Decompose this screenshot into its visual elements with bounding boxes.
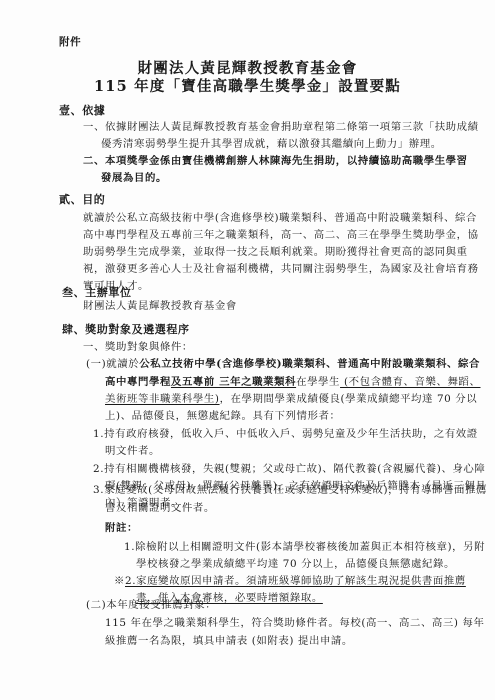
section-4-sub1-heading: 一、獎助對象與條件： [83, 341, 193, 354]
condition-1-line3: 美術班等非職業科學生)，在學期間學業成績優良(學業成績總平均達 70 分以 [105, 393, 477, 406]
condition-1-line4: 上)、品德優良，無懲處紀錄。具有下列情形者： [105, 410, 340, 423]
section-3-body: 財團法人黃昆輝教授教育基金會 [83, 300, 237, 313]
document-title-line2: 115 年度「寶佳高職學生獎學金」設置要點 [0, 78, 495, 96]
annex-label: 附件 [59, 36, 81, 49]
condition-1-bold-segment: 高中專門學程 [105, 376, 171, 388]
condition-2-heading: (二)本年度接受推薦對象： [86, 599, 216, 612]
condition-1-underlined-exclusion: 美術班等非職業科學生) [105, 393, 220, 405]
section-2-line: 視，激發更多善心人士及社會福利機構，共同關注弱勢學生，為國家及社會培育務 [83, 263, 479, 276]
reference-mark-icon: ※ [114, 575, 125, 587]
note-1-line1: 1.除檢附以上相關證明文件(影本請學校審核後加蓋與正本相符核章)，另附 [124, 541, 485, 554]
section-2-line: 就讀於公私立高級技術中學(含進修學校)職業類科、普通高中附設職業類科、綜合 [83, 212, 477, 225]
condition-1-bold-underlined: 及五專前 三年之職業類科 [171, 376, 296, 388]
criteria-item-1-line1: 1.持有政府核發，低收入戶、中低收入戶、弱勢兒童及少年生活扶助，之有效證 [93, 428, 478, 441]
condition-1-underlined: (不包含體育、音樂、舞蹈、 [340, 376, 480, 388]
note-2-text: 2.家庭變故原因申請者。須請班級導師協助了解該生現況提供書面推薦 [125, 575, 466, 587]
condition-2-line2: 級推薦一名為限，填具申請表 (如附表) 提出申請。 [105, 635, 353, 648]
note-1-line2: 學校核發之學業成績總平均達 70 分以上，品德優良無懲處紀錄。 [136, 558, 455, 571]
section-1-item2-line2: 發展為目的。 [101, 172, 167, 185]
criteria-item-3-line2: 書及相關證明文件者。 [105, 502, 215, 515]
condition-1-prefix: (一)就讀於 [86, 358, 139, 370]
condition-2-line1: 115 年在學之職業類科學生，符合獎助條件者。每校(高一、高二、高三) 每年 [105, 617, 484, 630]
criteria-item-1-line2: 明文件者。 [105, 445, 160, 458]
section-2-line: 助弱勢學生完成學業，並取得一技之長順利就業。期盼獲得社會更高的認同與重 [83, 246, 468, 259]
section-2-heading: 貳、目的 [59, 193, 105, 206]
condition-1-line1: (一)就讀於公私立技術中學(含進修學校)職業類科、普通高中附設職業類科、綜合 [86, 358, 480, 371]
condition-1-plain: 在學學生 [296, 376, 340, 388]
note-2-line1: ※2.家庭變故原因申請者。須請班級導師協助了解該生現況提供書面推薦 [114, 575, 466, 588]
section-1-item1-line2: 優秀清寒弱勢學生提升其學習成就，藉以激發其繼續向上動力」辦理。 [101, 138, 442, 151]
section-3-heading: 叁、主辦單位 [62, 286, 132, 299]
section-1-item2-line1: 二、本項獎學金係由寶佳機構創辦人林陳海先生捐助，以持續協助高職學生學習 [83, 155, 468, 168]
section-4-heading: 肆、獎助對象及遴選程序 [62, 323, 190, 336]
criteria-item-3-line1: 3.家庭變故(父母因故無法履行扶養責任或家庭遭受特殊變故)，持有導師書面推薦 [93, 484, 487, 497]
criteria-item-2-line1: 2.持有相關機構核發，失親(雙親；父或母亡故)、隔代教養(含親屬代養)、身心障 [93, 463, 485, 476]
document-page: 附件 財團法人黃昆輝教授教育基金會 115 年度「寶佳高職學生獎學金」設置要點 … [0, 0, 495, 700]
section-1-item1-line1: 一、依據財團法人黃昆輝教授教育基金會捐助章程第二條第一項第三款「扶助成績 [83, 121, 479, 134]
condition-1-grade-requirement: ，在學期間學業成績優良(學業成績總平均達 70 分以 [220, 393, 478, 405]
condition-1-bold: 公私立技術中學(含進修學校)職業類科、普通高中附設職業類科、綜合 [139, 358, 480, 370]
notes-heading: 附註： [105, 522, 138, 535]
section-2-line: 高中專門學程及五專前三年之職業類科，高一、高二、高三在學學生獎助學金，協 [83, 229, 479, 242]
condition-1-line2: 高中專門學程及五專前 三年之職業類科在學學生 (不包含體育、音樂、舞蹈、 [105, 376, 481, 389]
section-1-heading: 壹、依據 [59, 104, 105, 117]
document-title-line1: 財團法人黃昆輝教授教育基金會 [0, 60, 495, 78]
